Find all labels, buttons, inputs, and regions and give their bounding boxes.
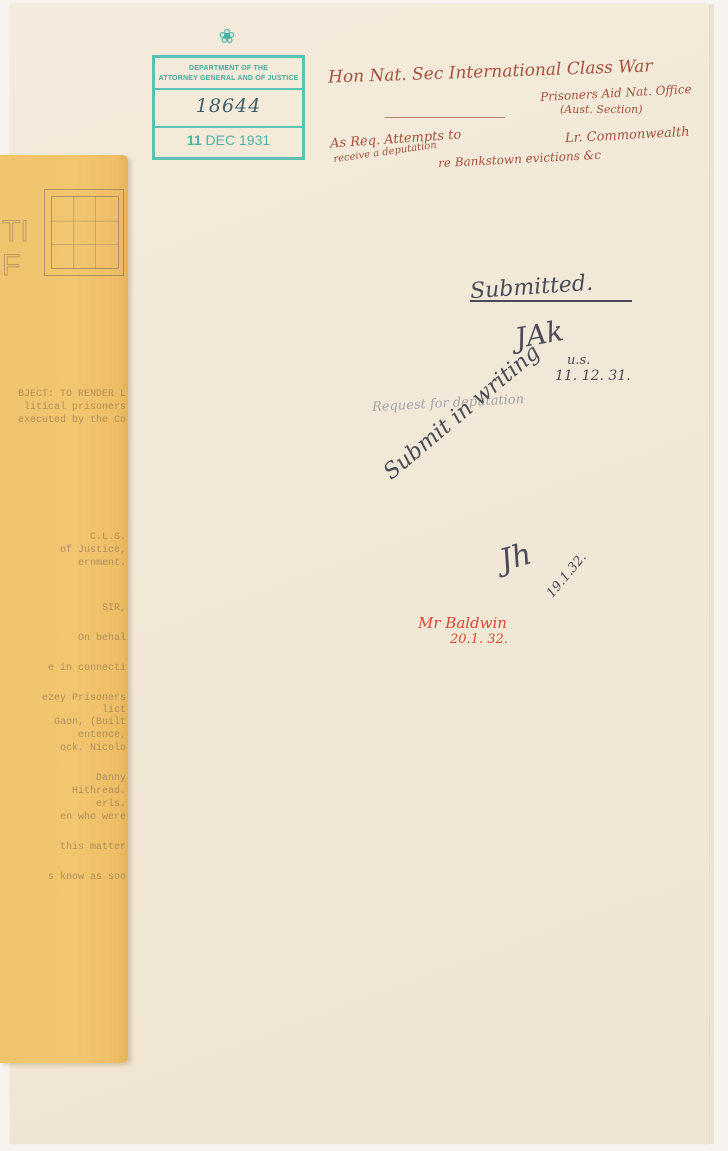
attachment-grid-mark [44, 189, 124, 276]
attachment-text-line: of Justice, [60, 545, 126, 556]
header-note-line3: (Aust. Section) [560, 103, 643, 116]
attachment-text-line: en who were [60, 812, 126, 823]
attachment-letterhead: TIF [2, 215, 29, 283]
attachment-text-line: C.L.S. [90, 532, 126, 543]
receipt-stamp: DEPARTMENT OF THE ATTORNEY GENERAL AND O… [152, 55, 305, 160]
attachment-text-line: Danny [96, 773, 126, 784]
attachment-text-line: ezey Prisoners [42, 693, 126, 704]
stamp-date-month-year: DEC 1931 [206, 132, 271, 148]
attachment-text-line: s know as soo [48, 872, 126, 883]
attachment-text-line: BJECT: TO RENDER L [18, 389, 126, 400]
attachment-text-line: ernment. [78, 558, 126, 569]
coat-of-arms-icon: ❀ [212, 24, 242, 50]
stamp-date-day: 11 [187, 132, 202, 148]
attachment-text-line: litical prisoners [24, 402, 126, 413]
submitted-underline [470, 300, 632, 302]
stamp-dept-line1: DEPARTMENT OF THE [155, 64, 302, 74]
stamp-file-number: 18644 [155, 90, 302, 122]
attachment-text-line: On behal [78, 633, 126, 644]
referral-date: 20.1. 32. [450, 632, 508, 647]
attachment-text-line: this matter [60, 842, 126, 853]
attachment-text-line: e in connecti [48, 663, 126, 674]
folded-attachment-sheet: TIF BJECT: TO RENDER L litical prisoners… [0, 155, 128, 1063]
attachment-text-line: executed by the Co [18, 415, 126, 426]
stamp-dept-line2: ATTORNEY GENERAL AND OF JUSTICE [155, 74, 302, 84]
attachment-text-line: ock. Nicolo [60, 743, 126, 754]
attachment-text-line: erls. [96, 799, 126, 810]
attachment-text-line: Gaon, (Built [54, 717, 126, 728]
minute-sub-initials: u.s. [567, 353, 590, 368]
minute-submitted-date: 11. 12. 31. [555, 368, 631, 384]
stamp-date: 11 DEC 1931 [155, 128, 302, 152]
attachment-text-line: Hithread. [72, 786, 126, 797]
attachment-text-line: entence, [78, 730, 126, 741]
attachment-text-line: lict [102, 705, 126, 716]
header-note-rule [385, 117, 505, 118]
referral-name: Mr Baldwin [418, 614, 507, 632]
page-edge [709, 4, 714, 1144]
attachment-text-line: SIR, [102, 603, 126, 614]
stamp-department: DEPARTMENT OF THE ATTORNEY GENERAL AND O… [155, 58, 302, 84]
